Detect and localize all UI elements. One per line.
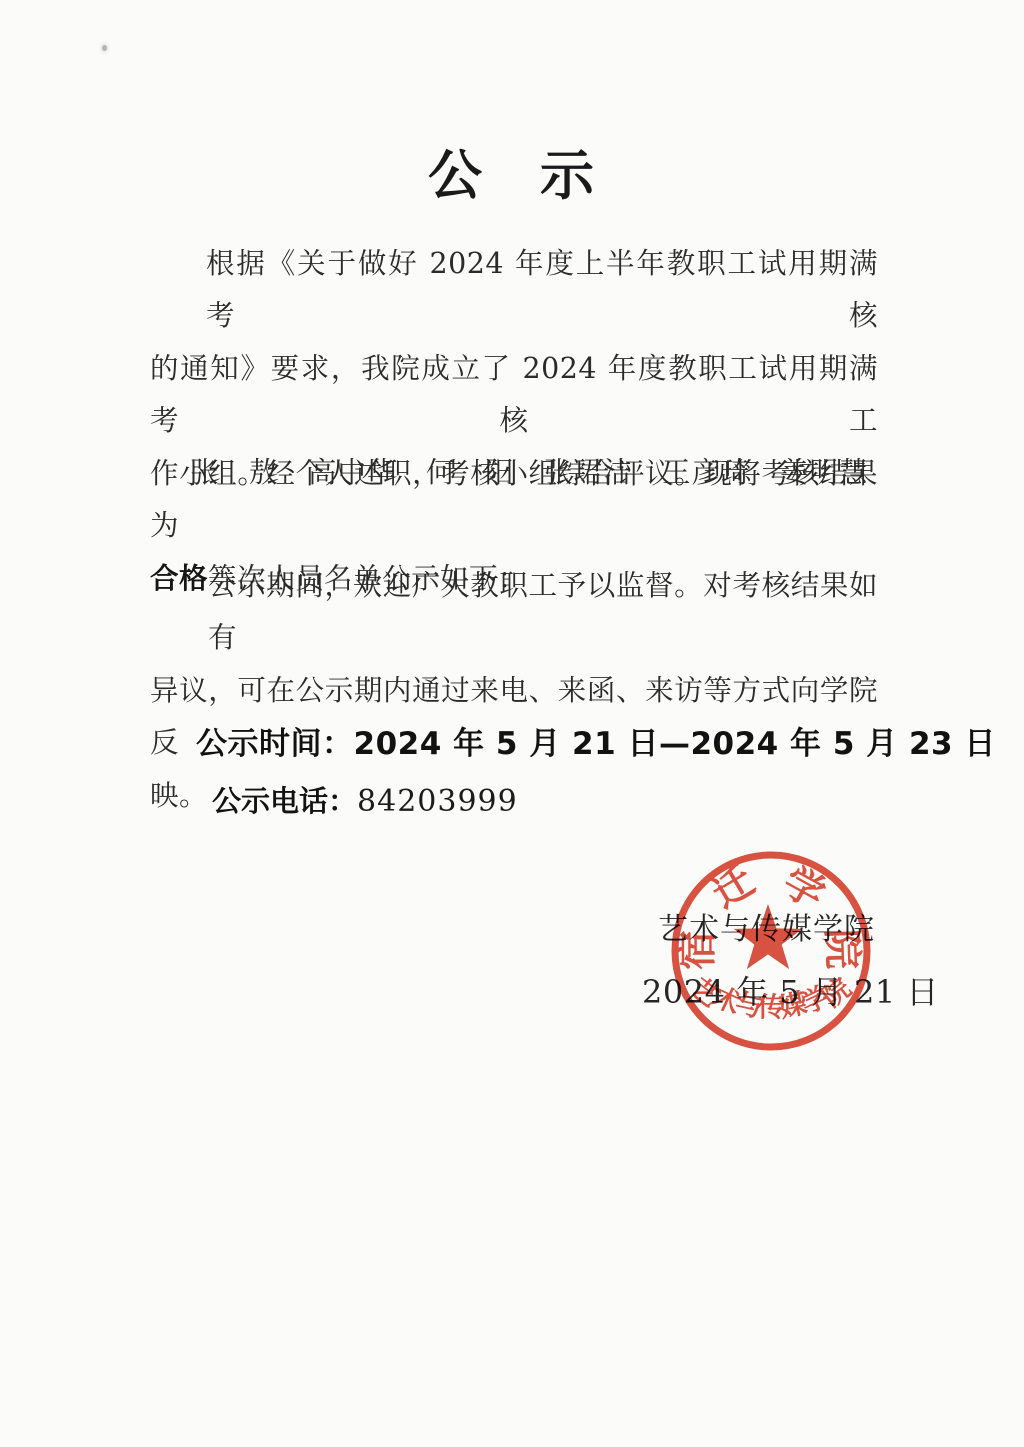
paragraph-line: 公示期间，欢迎广大教职工予以监督。对考核结果如有: [150, 560, 878, 665]
paragraph-line: 的通知》要求，我院成立了 2024 年度教职工试用期满考核工: [150, 343, 878, 448]
notice-title: 公 示: [0, 146, 1024, 206]
notice-phone-value: 84203999: [357, 784, 518, 819]
notice-phone-label: 公示电话：: [212, 784, 357, 818]
seal-top-char: 宿: [674, 930, 721, 970]
seal-star-icon: [734, 904, 802, 969]
notice-time-value: 2024 年 5 月 21 日—2024 年 5 月 23 日: [354, 726, 996, 762]
seal-top-char: 迁: [704, 857, 762, 918]
official-seal-icon: 宿 迁 学 院 艺 术 与 传 媒 学 院: [663, 843, 879, 1059]
notice-time-label: 公示时间：: [196, 726, 354, 762]
name-list: 张 敖 高中华 何 阳 张珺洁 王彦琦 姜明慧: [150, 447, 878, 499]
seal-top-char: 院: [818, 928, 866, 970]
paragraph-1: 根据《关于做好 2024 年度上半年教职工试用期满考核 的通知》要求，我院成立了…: [150, 238, 878, 606]
scanned-notice-page: 公 示 根据《关于做好 2024 年度上半年教职工试用期满考核 的通知》要求，我…: [0, 0, 1024, 1447]
notice-time: 公示时间：2024 年 5 月 21 日—2024 年 5 月 23 日: [196, 722, 996, 766]
paragraph-line: 根据《关于做好 2024 年度上半年教职工试用期满考核: [150, 238, 878, 343]
scan-speck: [102, 45, 107, 51]
seal-top-char: 学: [775, 858, 833, 918]
notice-phone: 公示电话：84203999: [212, 780, 518, 823]
